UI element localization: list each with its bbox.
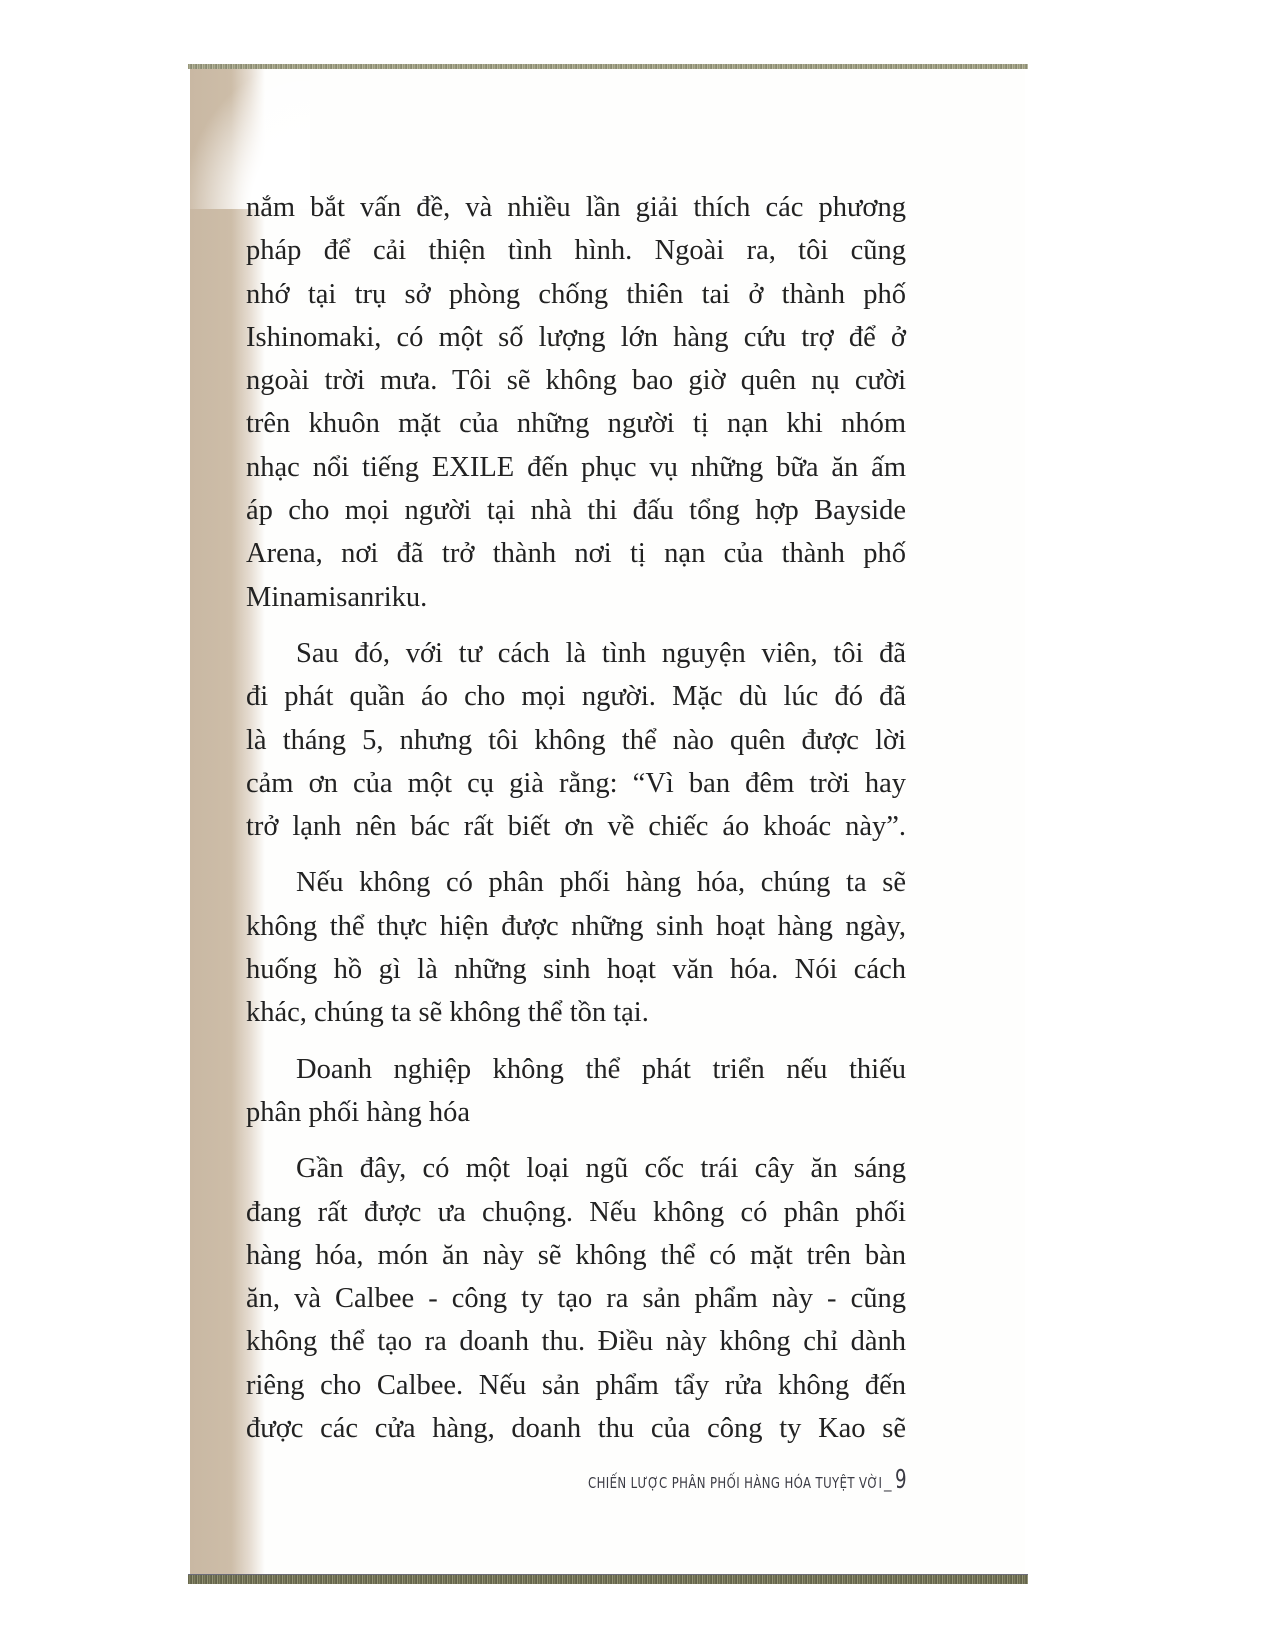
paragraph-spacing: [246, 848, 906, 861]
text-line: Ishinomaki, có một số lượng lớn hàng cứu…: [246, 316, 906, 359]
text-line: không thể thực hiện được những sinh hoạt…: [246, 905, 906, 948]
text-line: riêng cho Calbee. Nếu sản phẩm tẩy rửa k…: [246, 1364, 906, 1407]
paragraph-spacing: [246, 619, 906, 632]
footer-separator: _: [884, 1474, 892, 1492]
paragraph: Gần đây, có một loại ngũ cốc trái cây ăn…: [246, 1147, 906, 1450]
page-number: 9: [895, 1465, 907, 1495]
text-line: không thể tạo ra doanh thu. Điều này khô…: [246, 1320, 906, 1363]
paragraph: Sau đó, với tư cách là tình nguyện viên,…: [246, 632, 906, 848]
text-line: ngoài trời mưa. Tôi sẽ không bao giờ quê…: [246, 359, 906, 402]
text-line: trở lạnh nên bác rất biết ơn về chiếc áo…: [246, 805, 906, 848]
text-line: hàng hóa, món ăn này sẽ không thể có mặt…: [246, 1234, 906, 1277]
body-text: nắm bắt vấn đề, và nhiều lần giải thích …: [246, 186, 906, 1450]
page-edge-top: [188, 64, 1028, 69]
running-title: CHIẾN LƯỢC PHÂN PHỐI HÀNG HÓA TUYỆT VỜI: [588, 1474, 882, 1492]
text-line: nhạc nổi tiếng EXILE đến phục vụ những b…: [246, 446, 906, 489]
text-line: Nếu không có phân phối hàng hóa, chúng t…: [246, 861, 906, 904]
text-line: Sau đó, với tư cách là tình nguyện viên,…: [246, 632, 906, 675]
text-line: nắm bắt vấn đề, và nhiều lần giải thích …: [246, 186, 906, 229]
text-line: cảm ơn của một cụ già rằng: “Vì ban đêm …: [246, 762, 906, 805]
text-line: áp cho mọi người tại nhà thi đấu tổng hợ…: [246, 489, 906, 532]
paragraph: nắm bắt vấn đề, và nhiều lần giải thích …: [246, 186, 906, 619]
text-line: nhớ tại trụ sở phòng chống thiên tai ở t…: [246, 273, 906, 316]
paragraph-spacing: [246, 1035, 906, 1048]
text-line: pháp để cải thiện tình hình. Ngoài ra, t…: [246, 229, 906, 272]
page-footer: CHIẾN LƯỢC PHÂN PHỐI HÀNG HÓA TUYỆT VỜI …: [622, 1465, 912, 1505]
text-line: đang rất được ưa chuộng. Nếu không có ph…: [246, 1191, 906, 1234]
text-line: là tháng 5, nhưng tôi không thể nào quên…: [246, 719, 906, 762]
section-subheading: Doanh nghiệp không thể phát triển nếu th…: [246, 1048, 906, 1135]
text-line: Minamisanriku.: [246, 576, 906, 619]
text-line: phân phối hàng hóa: [246, 1091, 906, 1134]
text-line: đi phát quần áo cho mọi người. Mặc dù lú…: [246, 675, 906, 718]
text-line: ăn, và Calbee - công ty tạo ra sản phẩm …: [246, 1277, 906, 1320]
text-line: huống hồ gì là những sinh hoạt văn hóa. …: [246, 948, 906, 991]
text-line: Gần đây, có một loại ngũ cốc trái cây ăn…: [246, 1147, 906, 1190]
text-line: trên khuôn mặt của những người tị nạn kh…: [246, 402, 906, 445]
paragraph-spacing: [246, 1134, 906, 1147]
text-line: Arena, nơi đã trở thành nơi tị nạn của t…: [246, 532, 906, 575]
paragraph: Nếu không có phân phối hàng hóa, chúng t…: [246, 861, 906, 1034]
text-line: Doanh nghiệp không thể phát triển nếu th…: [246, 1048, 906, 1091]
text-line: được các cửa hàng, doanh thu của công ty…: [246, 1407, 906, 1450]
page-edge-bottom: [188, 1574, 1028, 1584]
text-line: khác, chúng ta sẽ không thể tồn tại.: [246, 991, 906, 1034]
